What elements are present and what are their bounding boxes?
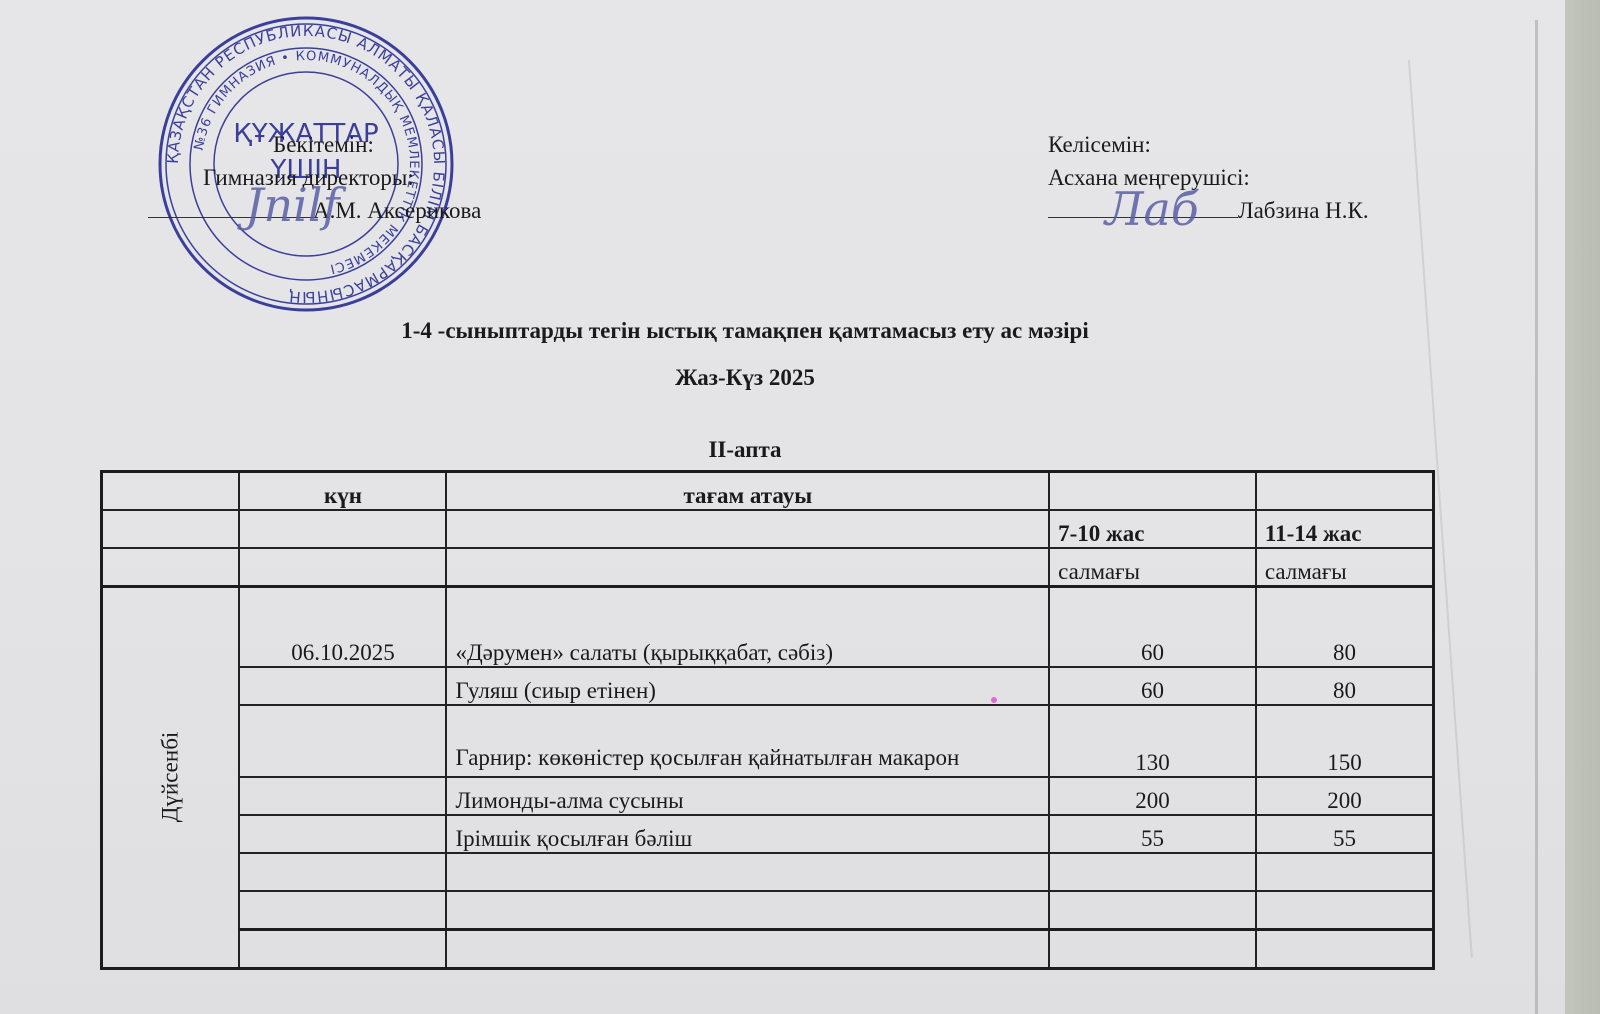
header-row-weight: салмағы салмағы	[102, 548, 1434, 587]
dish-name: Гуляш (сиыр етінен)	[446, 667, 1049, 705]
dish-name: Гарнир: көкөністер қосылған қайнатылған …	[446, 705, 1049, 777]
table-row: Лимонды-алма сусыны 200 200	[102, 777, 1434, 815]
weight-7-10: 55	[1049, 815, 1256, 853]
menu-table: күн тағам атауы 7-10 жас 11-14 жас салма…	[100, 470, 1435, 970]
approval-label: Бекітемін:	[203, 128, 481, 161]
header-row-age: 7-10 жас 11-14 жас	[102, 510, 1434, 548]
date-cell: 06.10.2025	[239, 587, 446, 667]
dish-name: Ірімшік қосылған бәліш	[446, 815, 1049, 853]
weight-11-14: 150	[1256, 705, 1434, 777]
header-weight-2: салмағы	[1256, 548, 1434, 587]
weight-7-10: 200	[1049, 777, 1256, 815]
agreement-role: Асхана меңгерушісі:	[1048, 161, 1369, 194]
weight-7-10: 60	[1049, 587, 1256, 667]
document-title: 1-4 -сыныптарды тегін ыстық тамақпен қам…	[0, 318, 1490, 344]
dish-name	[446, 929, 1049, 968]
day-cell: Дүйсенбі	[102, 587, 240, 969]
weight-11-14: 200	[1256, 777, 1434, 815]
agreement-label: Келісемін:	[1048, 128, 1369, 161]
table-row: Ірімшік қосылған бәліш 55 55	[102, 815, 1434, 853]
table-row: Гуляш (сиыр етінен) 60 80	[102, 667, 1434, 705]
weight-11-14: 80	[1256, 587, 1434, 667]
weight-11-14: 55	[1256, 815, 1434, 853]
day-name: Дүйсенбі	[158, 732, 184, 823]
header-row: күн тағам атауы	[102, 472, 1434, 511]
header-weight-1: салмағы	[1049, 548, 1256, 587]
agreement-name: Лабзина Н.К.	[1238, 198, 1369, 223]
dish-name	[446, 853, 1049, 891]
dish-name: Лимонды-алма сусыны	[446, 777, 1049, 815]
paper-crease	[1535, 20, 1538, 1014]
header-age-11-14: 11-14 жас	[1256, 510, 1434, 548]
week-title: ІІ-апта	[0, 437, 1490, 463]
table-row	[102, 891, 1434, 930]
table-row	[102, 853, 1434, 891]
header-day: күн	[239, 472, 446, 511]
weight-11-14: 80	[1256, 667, 1434, 705]
canteen-manager-signature: Лаб	[1105, 182, 1199, 236]
director-signature: Jnilf	[245, 178, 340, 232]
header-dish: тағам атауы	[446, 472, 1049, 511]
table-row: Дүйсенбі 06.10.2025 «Дәрумен» салаты (қы…	[102, 587, 1434, 667]
weight-7-10: 60	[1049, 667, 1256, 705]
season-title: Жаз-Күз 2025	[0, 365, 1490, 391]
dish-name	[446, 891, 1049, 930]
table-row	[102, 929, 1434, 968]
dish-name: «Дәрумен» салаты (қырыққабат, сәбіз)	[446, 587, 1049, 667]
weight-7-10: 130	[1049, 705, 1256, 777]
agreement-block: Келісемін: Асхана меңгерушісі: Лабзина Н…	[1048, 128, 1369, 227]
ink-mark	[991, 697, 997, 703]
table-row: Гарнир: көкөністер қосылған қайнатылған …	[102, 705, 1434, 777]
header-age-7-10: 7-10 жас	[1049, 510, 1256, 548]
